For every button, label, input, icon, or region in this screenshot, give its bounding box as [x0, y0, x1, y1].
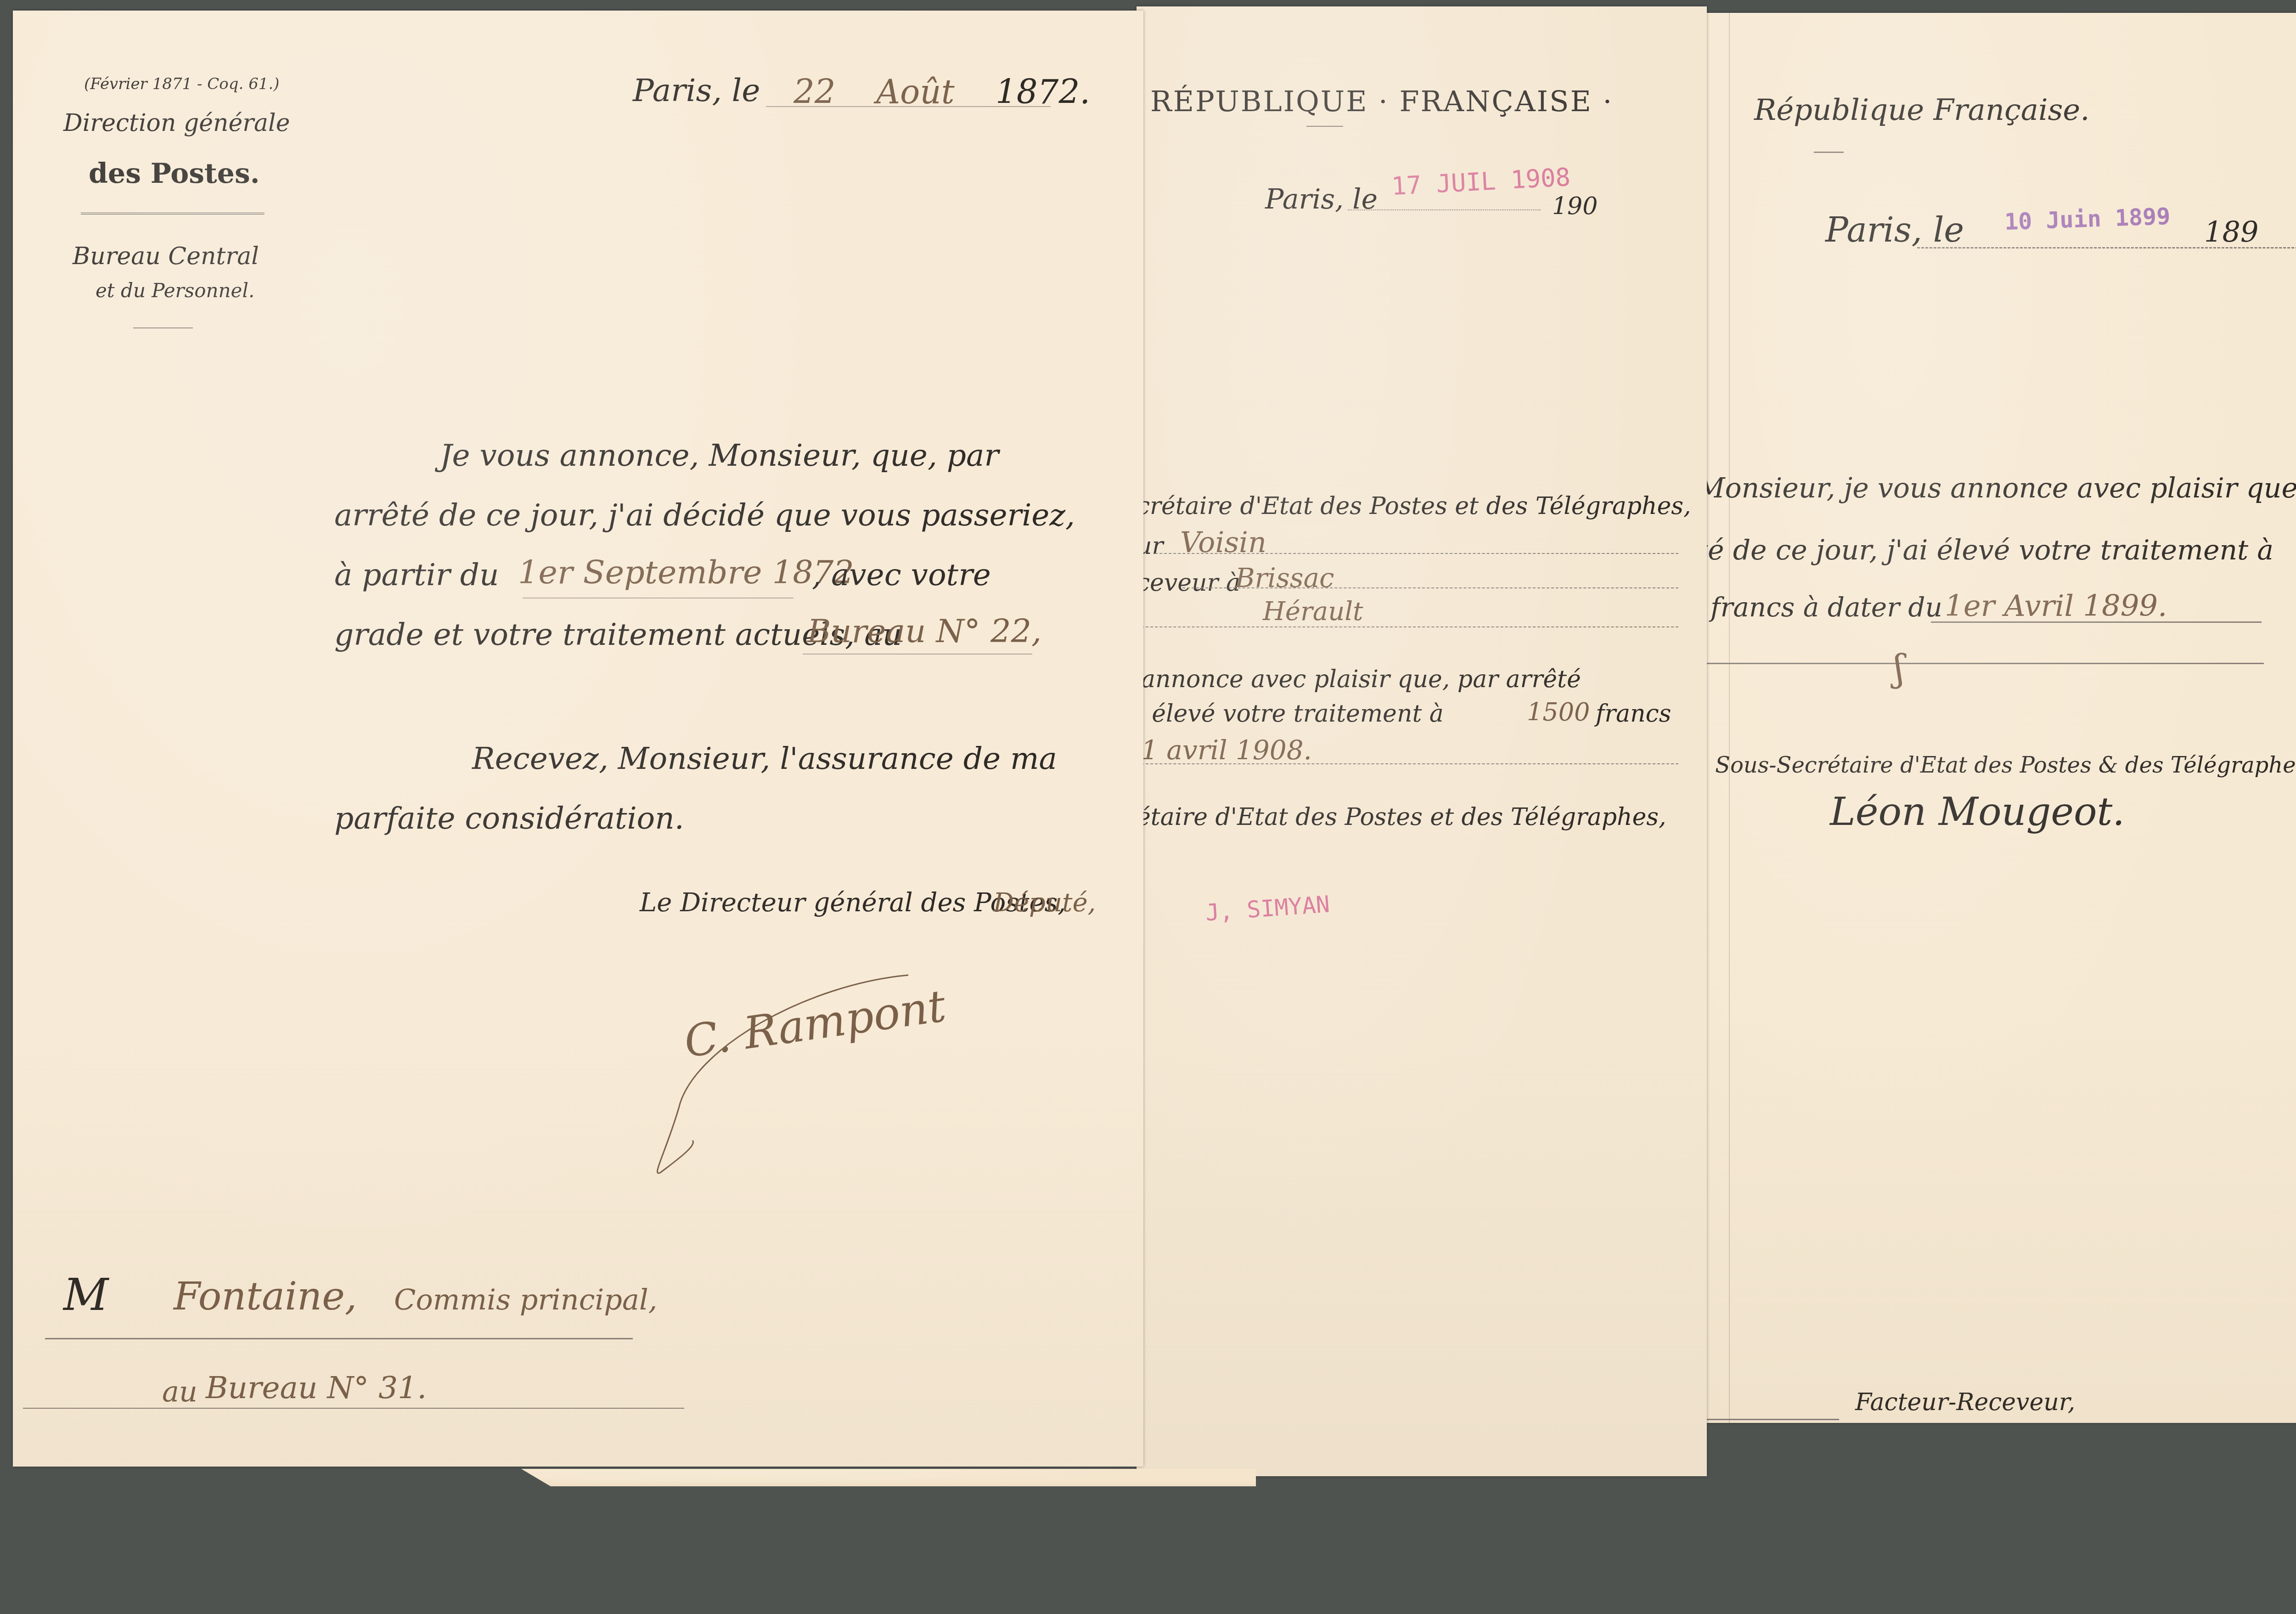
letter-1908-dateline-prefix: Paris, le	[1265, 183, 1378, 215]
addressee-rule	[45, 1338, 633, 1339]
date-blank-line	[1348, 209, 1541, 210]
letter-1872-folded-flap	[521, 1469, 1256, 1486]
letter-1908-header: RÉPUBLIQUE · FRANÇAISE ·	[1150, 85, 1613, 118]
addressee-line2-prefix: au	[162, 1375, 197, 1408]
letter-1908-sheet: RÉPUBLIQUE · FRANÇAISE · Paris, le 17 JU…	[1137, 6, 1707, 1476]
addressee-prefix: M	[63, 1269, 108, 1321]
signature-stamp: J, SIMYAN	[1204, 891, 1330, 926]
letter-1899-header: République Française.	[1754, 93, 2089, 127]
letter-1908-dateline-suffix: 190	[1552, 192, 1598, 220]
letter-1908-body-line6-prefix: i élevé votre traitement à	[1137, 700, 1444, 728]
header-double-rule	[81, 213, 264, 214]
recipient-name-line	[1155, 553, 1678, 554]
body-line3-suffix: , avec votre	[812, 557, 991, 593]
letter-1899-dateline-prefix: Paris, le	[1825, 210, 1964, 250]
transfer-date: 1er Septembre 1872	[518, 553, 854, 591]
closing-flourish: ʃ	[1894, 647, 1904, 689]
letter-1899-signature-title: Sous-Secrétaire d'Etat des Postes & des …	[1715, 752, 2296, 778]
letter-1899-dateline-suffix: 189	[2204, 215, 2258, 248]
letter-1872-sheet: (Février 1871 - Coq. 61.) Direction géné…	[13, 11, 1143, 1467]
letter-1908-body-line1: crétaire d'Etat des Postes et des Télégr…	[1137, 492, 1691, 520]
fold-line	[1729, 13, 1730, 1423]
effective-date-line	[1137, 763, 1678, 764]
closing-line1: Recevez, Monsieur, l'assurance de ma	[472, 741, 1057, 776]
body-line1: Je vous annonce, Monsieur, que, par	[440, 438, 999, 473]
letter-1899-footer-role: Facteur-Receveur,	[1855, 1388, 2075, 1416]
date-stamp-1908: 17 JUIL 1908	[1391, 163, 1571, 201]
body-end-rule	[1699, 663, 2264, 664]
recipient-department: Hérault	[1263, 597, 1363, 626]
closing-line2: parfaite considération.	[334, 801, 684, 836]
letter-1899-signature-name: Léon Mougeot.	[1830, 789, 2125, 834]
letter-1899-body-line3-prefix: francs à dater du	[1711, 592, 1942, 623]
dateline-rule	[766, 106, 1051, 107]
bureau-number: Bureau N° 22,	[807, 612, 1041, 650]
header-small-rule	[133, 327, 193, 328]
header-reference: (Février 1871 - Coq. 61.)	[84, 75, 279, 93]
dateline-day: 22	[793, 73, 836, 111]
letter-1908-body-line5: annonce avec plaisir que, par arrêté	[1141, 666, 1581, 693]
signature-flourish	[624, 957, 945, 1186]
recipient-name: Voisin	[1180, 525, 1266, 559]
addressee-line2-bureau: Bureau N° 31.	[206, 1370, 427, 1405]
footer-rule	[1701, 1419, 1839, 1420]
letter-1899-sheet: République Française. Paris, le 10 Juin …	[1701, 13, 2296, 1423]
date-stamp-1899: 10 Juin 1899	[2004, 203, 2171, 236]
department-line	[1137, 626, 1678, 627]
letter-1899-body-line2: té de ce jour, j'ai élevé votre traiteme…	[1697, 534, 2273, 566]
recipient-place: Brissac	[1235, 562, 1334, 593]
letter-1899-body-line1: Monsieur, je vous annonce avec plaisir q…	[1697, 472, 2296, 504]
header-divider	[1814, 152, 1844, 153]
dateline-prefix: Paris, le	[633, 73, 760, 109]
body-line-rule	[1931, 621, 2262, 623]
header-personnel: et du Personnel.	[96, 279, 254, 302]
addressee-line2-rule	[23, 1408, 684, 1409]
body-line3-prefix: à partir du	[334, 557, 499, 593]
addressee-name: Fontaine,	[174, 1274, 357, 1319]
header-divider	[1306, 126, 1343, 127]
dateline-year: 1872.	[996, 73, 1090, 111]
dateline-month: Août	[876, 73, 955, 111]
salary-amount: 1500	[1527, 698, 1590, 727]
letter-1908-body-line6-suffix: francs	[1596, 700, 1671, 728]
effective-date: 1 avril 1908.	[1141, 734, 1312, 766]
letter-1899-body-line3-date: 1er Avril 1899.	[1945, 589, 2167, 623]
letter-1908-signature-title: étaire d'Etat des Postes et des Télégrap…	[1137, 803, 1666, 831]
header-des-postes: des Postes.	[89, 158, 260, 190]
addressee-role: Commis principal,	[394, 1283, 658, 1316]
header-direction: Direction générale	[63, 109, 290, 137]
signature-title-addition: Député,	[993, 888, 1096, 918]
bureau-number-rule	[803, 654, 1032, 655]
recipient-place-line	[1182, 587, 1678, 588]
body-line2: arrêté de ce jour, j'ai décidé que vous …	[334, 497, 1075, 533]
letter-1908-body-line3-prefix: ceveur à	[1137, 569, 1240, 597]
transfer-date-rule	[523, 598, 793, 598]
header-bureau-central: Bureau Central	[73, 243, 259, 270]
